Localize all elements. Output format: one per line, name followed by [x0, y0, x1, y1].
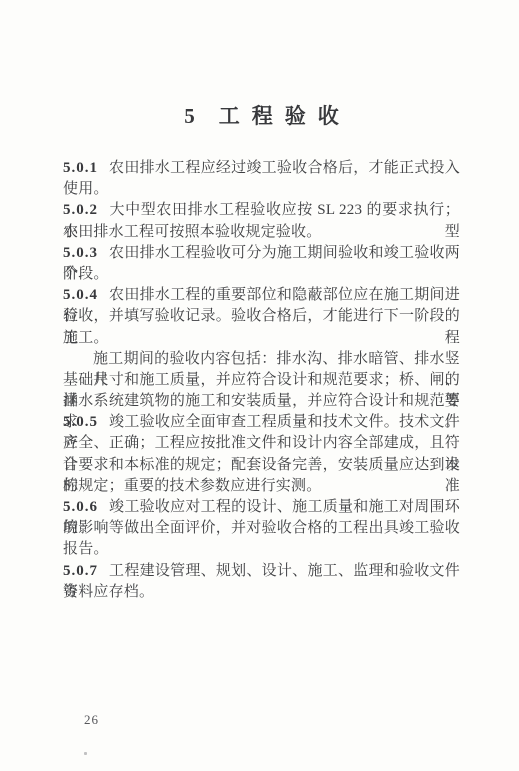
line-text: 的规定；重要的技术参数应进行实测。	[63, 478, 321, 494]
text-line: 报告。	[63, 539, 460, 560]
text-line: 基础尺寸和施工质量，并应符合设计和规范要求；桥、闸、涵等	[63, 370, 460, 391]
text-line: 计要求和本标准的规定；配套设备完善，安装质量应达到本标准	[63, 455, 460, 476]
text-line: 5.0.4农田排水工程的重要部位和隐蔽部位应在施工期间进行	[63, 285, 460, 306]
text-line: 施工期间的验收内容包括：排水沟、排水暗管、排水竖井的	[63, 349, 460, 370]
text-line: 资料应存档。	[63, 582, 460, 603]
section-number: 5.0.4	[63, 287, 98, 303]
text-line: 排水系统建筑物的施工和安装质量，并应符合设计和规范要求。	[63, 391, 460, 412]
text-line: 5.0.1农田排水工程应经过竣工验收合格后，才能正式投入	[63, 158, 460, 179]
line-text: 验收，并填写验收记录。验收合格后，才能进行下一阶段的工程	[63, 308, 460, 345]
text-line: 阶段。	[63, 264, 460, 285]
section-number: 5.0.1	[63, 160, 98, 176]
document-page: 5工程验收 5.0.1农田排水工程应经过竣工验收合格后，才能正式投入使用。5.0…	[0, 0, 519, 771]
line-text: 的影响等做出全面评价，并对验收合格的工程出具竣工验收	[63, 520, 460, 536]
section-number: 5.0.6	[63, 499, 98, 515]
scan-artifact	[84, 752, 87, 755]
line-text: 报告。	[63, 541, 109, 557]
line-text: 农田排水工程可按照本验收规定验收。	[63, 224, 321, 240]
page-number: 26	[84, 712, 99, 728]
text-line: 齐全、正确；工程应按批准文件和设计内容全部建成，且符合设	[63, 433, 460, 454]
section-number: 5.0.7	[63, 563, 98, 579]
section-number: 5.0.5	[63, 414, 98, 430]
line-text: 使用。	[63, 181, 109, 197]
section-number: 5.0.3	[63, 245, 98, 261]
section-number: 5.0.2	[63, 202, 98, 218]
chapter-number: 5	[184, 101, 195, 131]
text-line: 5.0.2大中型农田排水工程验收应按 SL 223 的要求执行；小型	[63, 200, 460, 221]
text-line: 验收，并填写验收记录。验收合格后，才能进行下一阶段的工程	[63, 306, 460, 327]
line-text: 农田排水工程应经过竣工验收合格后，才能正式投入	[109, 160, 460, 176]
text-line: 5.0.3农田排水工程验收可分为施工期间验收和竣工验收两个	[63, 243, 460, 264]
text-line: 5.0.6竣工验收应对工程的设计、施工质量和施工对周围环境	[63, 497, 460, 518]
line-text: 阶段。	[63, 266, 109, 282]
body-text: 5.0.1农田排水工程应经过竣工验收合格后，才能正式投入使用。5.0.2大中型农…	[63, 158, 460, 603]
text-line: 5.0.7工程建设管理、规划、设计、施工、监理和验收文件等	[63, 561, 460, 582]
chapter-title-text: 工程验收	[219, 101, 351, 131]
line-text: 施工。	[63, 330, 109, 346]
line-text: 资料应存档。	[63, 584, 154, 600]
text-line: 的影响等做出全面评价，并对验收合格的工程出具竣工验收	[63, 518, 460, 539]
text-line: 使用。	[63, 179, 460, 200]
chapter-title: 5工程验收	[63, 101, 460, 131]
text-line: 5.0.5竣工验收应全面审查工程质量和技术文件。技术文件应	[63, 412, 460, 433]
